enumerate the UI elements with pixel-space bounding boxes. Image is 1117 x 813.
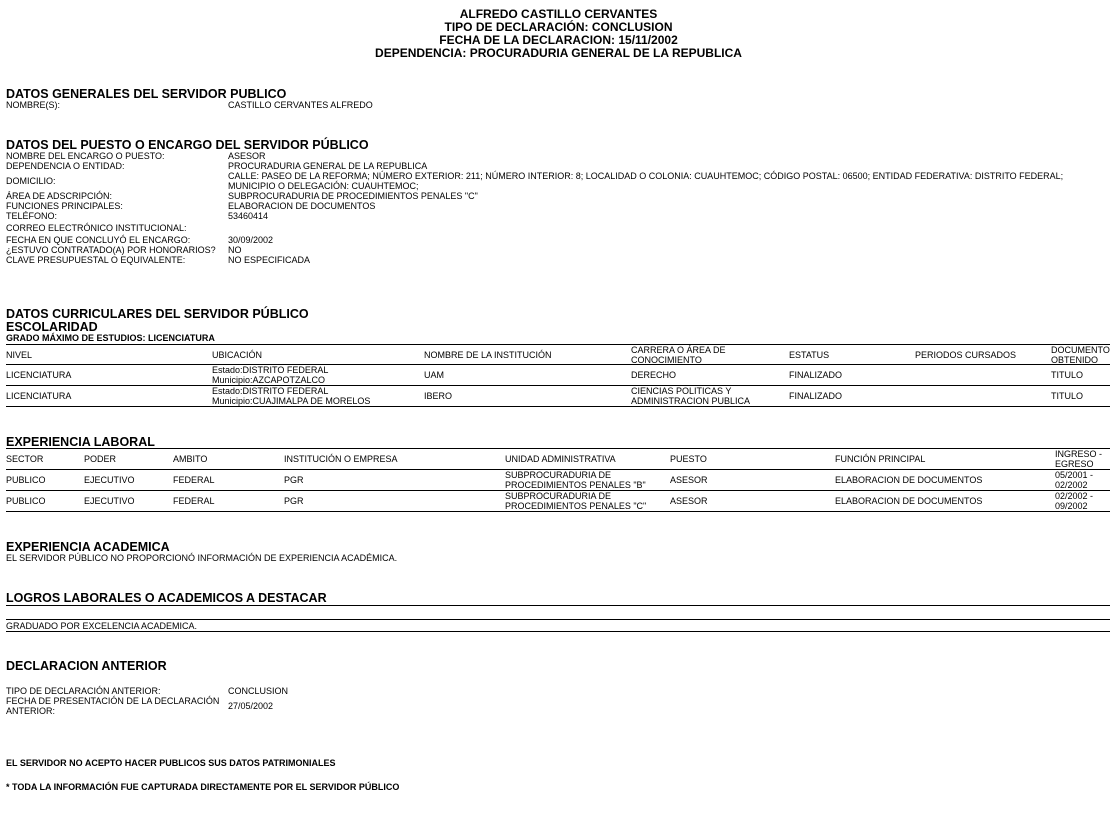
field-label-fecha-anterior-2: ANTERIOR: — [6, 706, 55, 716]
column-header: NIVEL — [6, 350, 32, 360]
logros-text: GRADUADO POR EXCELENCIA ACADEMICA. — [6, 621, 197, 631]
table-cell: SUBPROCURADURIA DEPROCEDIMIENTOS PENALES… — [505, 470, 646, 490]
field-value: 53460414 — [228, 211, 268, 221]
table-rule — [6, 511, 1110, 512]
table-rule — [6, 344, 1110, 345]
field-value: MUNICIPIO O DELEGACIÓN: CUAUHTEMOC; — [228, 181, 419, 191]
field-label: NOMBRE DEL ENCARGO O PUESTO: — [6, 151, 165, 161]
table-cell: ELABORACION DE DOCUMENTOS — [835, 496, 982, 506]
field-value: NO — [228, 245, 242, 255]
field-label: ÁREA DE ADSCRIPCIÓN: — [6, 191, 112, 201]
dependency: DEPENDENCIA: PROCURADURIA GENERAL DE LA … — [0, 47, 1117, 60]
table-cell: ELABORACION DE DOCUMENTOS — [835, 475, 982, 485]
captura-note: * TODA LA INFORMACIÓN FUE CAPTURADA DIRE… — [6, 782, 399, 792]
table-cell: PUBLICO — [6, 496, 46, 506]
column-header: FUNCIÓN PRINCIPAL — [835, 454, 925, 464]
field-label-fecha-anterior: FECHA DE PRESENTACIÓN DE LA DECLARACIÓN — [6, 696, 219, 706]
column-header: PERIODOS CURSADOS — [915, 350, 1016, 360]
section-title-declaracion-anterior: DECLARACION ANTERIOR — [6, 660, 167, 673]
field-value: NO ESPECIFICADA — [228, 255, 310, 265]
column-header: PODER — [84, 454, 116, 464]
table-rule — [6, 406, 1110, 407]
table-cell: ASESOR — [670, 475, 708, 485]
column-header: SECTOR — [6, 454, 43, 464]
field-value-fecha-anterior: 27/05/2002 — [228, 701, 273, 711]
grado-maximo: GRADO MÁXIMO DE ESTUDIOS: LICENCIATURA — [6, 333, 215, 343]
table-cell: TITULO — [1051, 391, 1083, 401]
field-label: TELÉFONO: — [6, 211, 57, 221]
column-header: PUESTO — [670, 454, 707, 464]
table-cell: Estado:DISTRITO FEDERALMunicipio:CUAJIMA… — [212, 386, 370, 406]
table-cell: 02/2002 -09/2002 — [1055, 491, 1093, 511]
table-cell: EJECUTIVO — [84, 496, 135, 506]
table-cell: 05/2001 -02/2002 — [1055, 470, 1093, 490]
table-cell: Estado:DISTRITO FEDERALMunicipio:AZCAPOT… — [212, 365, 328, 385]
field-label-nombre: NOMBRE(S): — [6, 100, 60, 110]
column-header: INGRESO -EGRESO — [1055, 449, 1102, 469]
field-value: PROCURADURIA GENERAL DE LA REPUBLICA — [228, 161, 427, 171]
table-cell: EJECUTIVO — [84, 475, 135, 485]
field-value-tipo-anterior: CONCLUSION — [228, 686, 288, 696]
table-cell: CIENCIAS POLITICAS YADMINISTRACION PUBLI… — [631, 386, 750, 406]
column-header: NOMBRE DE LA INSTITUCIÓN — [424, 350, 552, 360]
column-header: DOCUMENTOOBTENIDO — [1051, 345, 1110, 365]
field-value-nombre: CASTILLO CERVANTES ALFREDO — [228, 100, 373, 110]
table-rule — [6, 631, 1110, 632]
declarant-name: ALFREDO CASTILLO CERVANTES — [0, 8, 1117, 21]
table-rule — [6, 364, 1110, 365]
field-value: ELABORACION DE DOCUMENTOS — [228, 201, 375, 211]
table-cell: FEDERAL — [173, 496, 215, 506]
field-value: ASESOR — [228, 151, 266, 161]
column-header: UNIDAD ADMINISTRATIVA — [505, 454, 616, 464]
table-cell: SUBPROCURADURIA DEPROCEDIMIENTOS PENALES… — [505, 491, 646, 511]
column-header: CARRERA O ÁREA DECONOCIMIENTO — [631, 345, 726, 365]
field-label: ¿ESTUVO CONTRATADO(A) POR HONORARIOS? — [6, 245, 216, 255]
table-cell: UAM — [424, 370, 444, 380]
table-rule — [6, 619, 1110, 620]
column-header: INSTITUCIÓN O EMPRESA — [284, 454, 398, 464]
table-cell: PGR — [284, 475, 304, 485]
column-header: ESTATUS — [789, 350, 829, 360]
table-cell: LICENCIATURA — [6, 370, 71, 380]
table-rule — [6, 385, 1110, 386]
field-label: CLAVE PRESUPUESTAL O EQUIVALENTE: — [6, 255, 185, 265]
table-cell: IBERO — [424, 391, 452, 401]
table-cell: ASESOR — [670, 496, 708, 506]
table-cell: FINALIZADO — [789, 391, 842, 401]
field-label: CORREO ELECTRÓNICO INSTITUCIONAL: — [6, 223, 187, 233]
table-rule — [6, 448, 1110, 449]
table-cell: FINALIZADO — [789, 370, 842, 380]
field-label: DOMICILIO: — [6, 176, 56, 186]
experiencia-academica-text: EL SERVIDOR PÚBLICO NO PROPORCIONÓ INFOR… — [6, 553, 397, 563]
declaration-date: FECHA DE LA DECLARACION: 15/11/2002 — [0, 34, 1117, 47]
section-title-logros: LOGROS LABORALES O ACADEMICOS A DESTACAR — [6, 592, 327, 605]
declaration-type: TIPO DE DECLARACIÓN: CONCLUSION — [0, 21, 1117, 34]
table-cell: PUBLICO — [6, 475, 46, 485]
table-cell: FEDERAL — [173, 475, 215, 485]
table-cell: DERECHO — [631, 370, 676, 380]
field-label: FUNCIONES PRINCIPALES: — [6, 201, 123, 211]
field-value: CALLE: PASEO DE LA REFORMA; NÚMERO EXTER… — [228, 171, 1063, 181]
field-value: SUBPROCURADURIA DE PROCEDIMIENTOS PENALE… — [228, 191, 478, 201]
table-cell: PGR — [284, 496, 304, 506]
field-label: DEPENDENCIA O ENTIDAD: — [6, 161, 125, 171]
field-label-tipo-anterior: TIPO DE DECLARACIÓN ANTERIOR: — [6, 686, 161, 696]
table-cell: TITULO — [1051, 370, 1083, 380]
patrimoniales-notice: EL SERVIDOR NO ACEPTO HACER PUBLICOS SUS… — [6, 758, 336, 768]
column-header: AMBITO — [173, 454, 207, 464]
column-header: UBICACIÓN — [212, 350, 262, 360]
field-value: 30/09/2002 — [228, 235, 273, 245]
field-label: FECHA EN QUE CONCLUYÓ EL ENCARGO: — [6, 235, 190, 245]
table-rule — [6, 605, 1110, 606]
table-cell: LICENCIATURA — [6, 391, 71, 401]
